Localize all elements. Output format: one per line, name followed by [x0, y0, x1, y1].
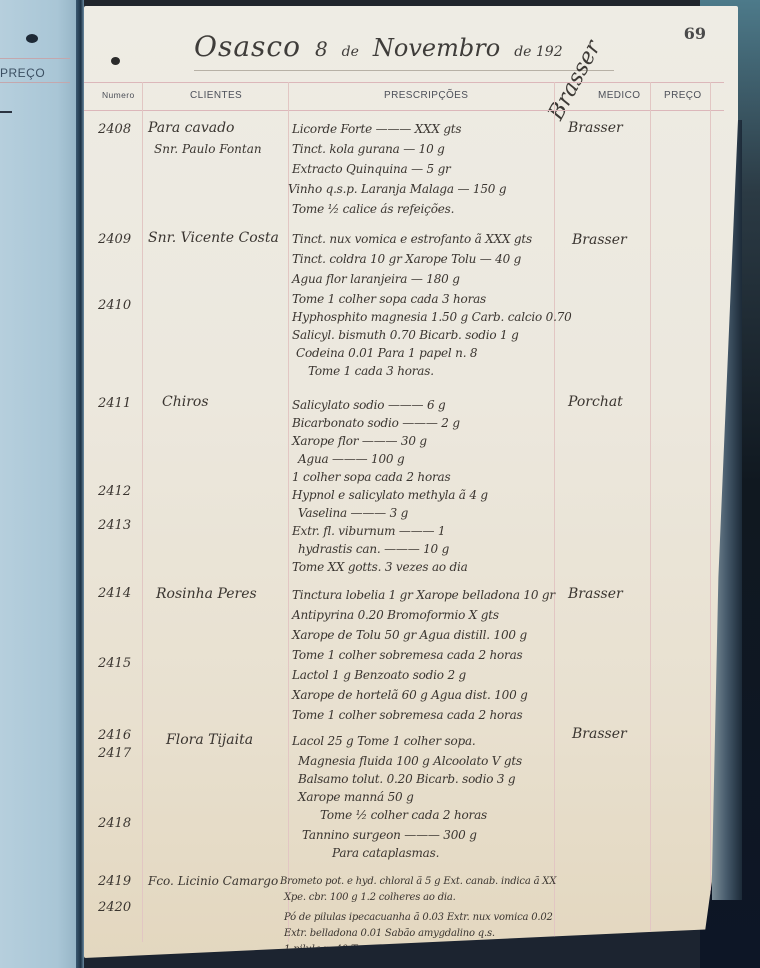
- prescription-line: Tome 1 colher sopa cada 3 horas: [292, 292, 486, 306]
- entry-number: 2416: [98, 728, 131, 743]
- heading-year: de 192: [514, 44, 562, 60]
- prescription-line: Vinho q.s.p. Laranja Malaga — 150 g: [288, 182, 506, 196]
- ledger-page: 69 Osasco 8 de Novembro de 192 Brasser N…: [84, 6, 738, 958]
- entry-number: 2417: [98, 746, 131, 761]
- entry-number: 2415: [98, 656, 131, 671]
- prescription-line: Xarope de hortelã 60 g Agua dist. 100 g: [292, 688, 528, 702]
- column-divider: [710, 82, 711, 942]
- prescription-line: Agua flor laranjeira — 180 g: [292, 272, 460, 286]
- page-heading: Osasco 8 de Novembro de 192: [194, 30, 614, 74]
- column-header-clientes: CLIENTES: [190, 90, 242, 101]
- table-header-rule-top: [84, 82, 724, 83]
- entry-number: 2412: [98, 484, 131, 499]
- prescription-line: Bicarbonato sodio ——— 2 g: [292, 416, 460, 430]
- prescription-line: Hyphosphito magnesia 1.50 g Carb. calcio…: [292, 310, 572, 324]
- prescription-line: Tinctura lobelia 1 gr Xarope belladona 1…: [292, 588, 555, 602]
- column-header-preco: PREÇO: [664, 90, 702, 101]
- prescription-line: Magnesia fluida 100 g Alcoolato V gts: [298, 754, 522, 768]
- heading-de: de: [342, 44, 359, 60]
- prescription-line: Pó de pilulas ipecacuanha ã 0.03 Extr. n…: [284, 912, 553, 923]
- prescription-line: Tome XX gotts. 3 vezes ao dia: [292, 560, 468, 574]
- book-spine: [76, 0, 84, 968]
- page-number: 69: [684, 24, 706, 43]
- column-header-prescricoes: PRESCRIPÇÕES: [384, 90, 468, 101]
- prescription-line: Tinct. coldra 10 gr Xarope Tolu — 40 g: [292, 252, 521, 266]
- entry-client: Chiros: [162, 394, 209, 410]
- prescription-line: Tome ½ calice ás refeições.: [292, 202, 454, 216]
- entry-client: Flora Tijaita: [166, 732, 253, 748]
- prescription-line: Lactol 1 g Benzoato sodio 2 g: [292, 668, 466, 682]
- entry-doctor: Brasser: [572, 232, 627, 248]
- entry-client: Snr. Vicente Costa: [148, 230, 279, 246]
- table-header: Numero CLIENTES PRESCRIPÇÕES MEDICO PREÇ…: [84, 84, 724, 108]
- header-rule: [0, 82, 70, 83]
- entry-number: 2410: [98, 298, 131, 313]
- prescription-line: Tinct. kola gurana — 10 g: [292, 142, 445, 156]
- prescription-line: Balsamo tolut. 0.20 Bicarb. sodio 3 g: [298, 772, 515, 786]
- entry-client: Para cavado: [148, 120, 234, 136]
- prescription-line: 1 pilula n. 40 Tome 1 e 2 por dia.: [284, 944, 445, 955]
- entry-number: 2418: [98, 816, 131, 831]
- prescription-line: Xarope de Tolu 50 gr Agua distill. 100 g: [292, 628, 527, 642]
- prescription-line: Xarope flor ——— 30 g: [292, 434, 427, 448]
- prescription-line: Xarope manná 50 g: [298, 790, 414, 804]
- column-divider: [142, 82, 143, 942]
- prescription-line: Antipyrina 0.20 Bromoformio X gts: [292, 608, 499, 622]
- prescription-line: Vaselina ——— 3 g: [298, 506, 408, 520]
- prescription-line: Extracto Quinquina — 5 gr: [292, 162, 451, 176]
- entry-client: Fco. Licinio Camargo: [148, 874, 278, 888]
- heading-day: 8: [315, 37, 328, 61]
- entry-number: 2419: [98, 874, 131, 889]
- prescription-line: Tome ½ colher cada 2 horas: [320, 808, 487, 822]
- prescription-line: Agua ——— 100 g: [298, 452, 404, 466]
- ink-blot: [111, 57, 120, 65]
- entry-doctor: Brasser: [568, 586, 623, 602]
- prescription-line: Hypnol e salicylato methyla ã 4 g: [292, 488, 488, 502]
- entry-number: 2414: [98, 586, 131, 601]
- entry-number: 2409: [98, 232, 131, 247]
- prescription-line: Tome 1 colher sobremesa cada 2 horas: [292, 708, 523, 722]
- prescription-line: Licorde Forte ——— XXX gts: [292, 122, 461, 136]
- prescription-line: hydrastis can. ——— 10 g: [298, 542, 449, 556]
- entry-client: Rosinha Peres: [156, 586, 257, 602]
- prescription-line: Tinct. nux vomica e estrofanto ã XXX gts: [292, 232, 532, 246]
- heading-city: Osasco: [194, 30, 301, 63]
- heading-month: Novembro: [373, 34, 500, 62]
- entry-number: 2408: [98, 122, 131, 137]
- column-header-medico: MEDICO: [598, 90, 640, 101]
- ink-dash: [0, 111, 12, 113]
- prescription-line: 1 colher sopa cada 2 horas: [292, 470, 450, 484]
- prescription-line: Brometo pot. e hyd. chloral ã 5 g Ext. c…: [280, 876, 556, 887]
- table-header-rule-bottom: [84, 110, 724, 111]
- entry-number: 2413: [98, 518, 131, 533]
- prescription-line: Xpe. cbr. 100 g 1.2 colheres ao dia.: [284, 892, 456, 903]
- column-divider: [554, 82, 555, 942]
- prescription-line: Tannino surgeon ——— 300 g: [302, 828, 477, 842]
- column-header-numero: Numero: [102, 90, 135, 100]
- prescription-line: Lacol 25 g Tome 1 colher sopa.: [292, 734, 476, 748]
- prescription-line: Tome 1 cada 3 horas.: [308, 364, 434, 378]
- prescription-line: Salicylato sodio ——— 6 g: [292, 398, 446, 412]
- header-rule: [0, 58, 70, 59]
- column-divider: [288, 82, 289, 942]
- entry-number: 2411: [98, 396, 131, 411]
- prescription-line: Codeina 0.01 Para 1 papel n. 8: [296, 346, 477, 360]
- prescription-line: Extr. belladona 0.01 Sabão amygdalino q.…: [284, 928, 495, 939]
- entry-number: 2420: [98, 900, 131, 915]
- ink-blot: [26, 34, 38, 43]
- entry-doctor: Brasser: [568, 120, 623, 136]
- prescription-line: Para cataplasmas.: [332, 846, 439, 860]
- entry-doctor: Porchat: [568, 394, 623, 410]
- entry-client: Snr. Paulo Fontan: [154, 142, 262, 156]
- left-facing-page: PREÇO: [0, 0, 82, 968]
- entry-doctor: Brasser: [572, 726, 627, 742]
- prescription-line: Salicyl. bismuth 0.70 Bicarb. sodio 1 g: [292, 328, 519, 342]
- heading-underline: [194, 70, 614, 71]
- prescription-line: Tome 1 colher sobremesa cada 2 horas: [292, 648, 523, 662]
- left-page-preco-header: PREÇO: [0, 66, 45, 80]
- column-divider: [650, 82, 651, 942]
- prescription-line: Extr. fl. viburnum ——— 1: [292, 524, 445, 538]
